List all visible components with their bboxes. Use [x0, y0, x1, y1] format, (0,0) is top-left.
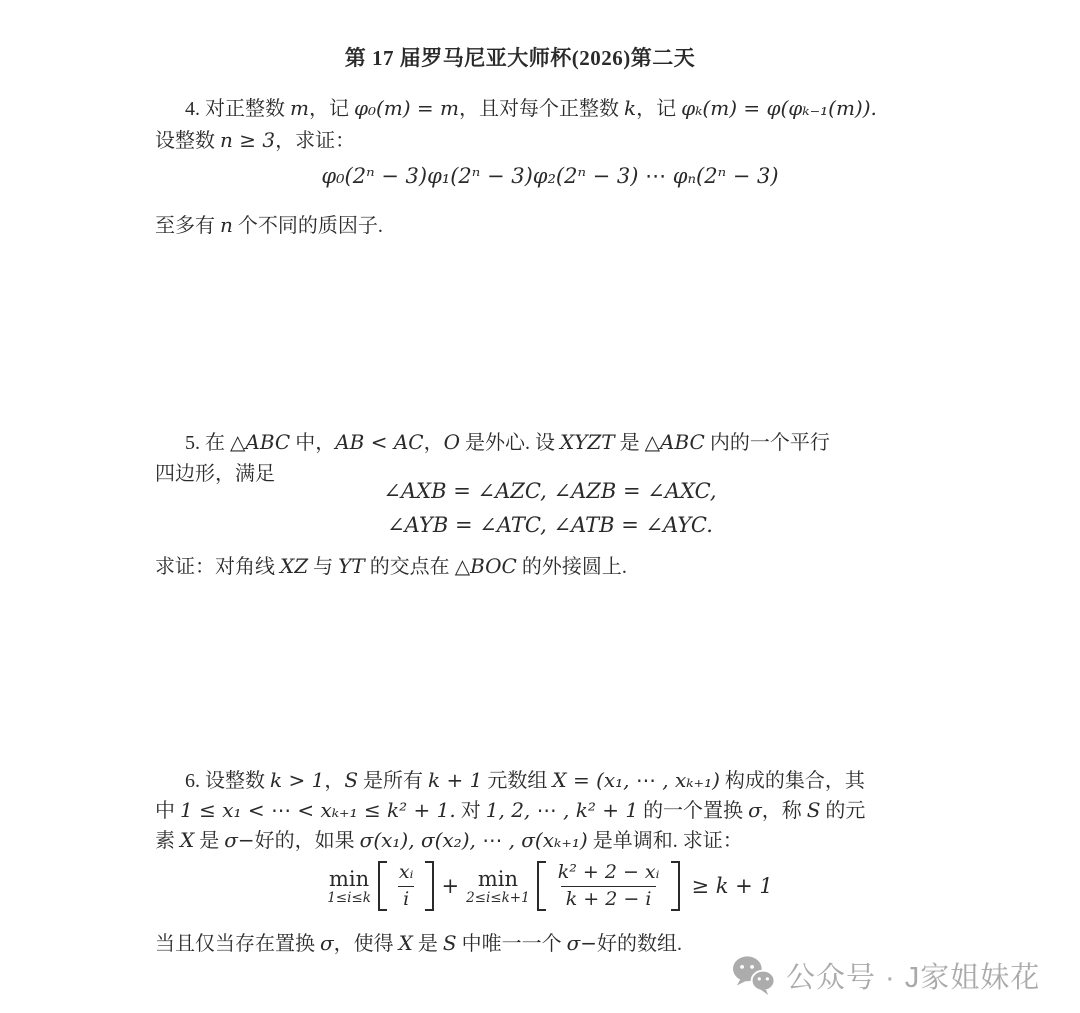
- math-run: AB < AC: [335, 430, 423, 454]
- math-run: σ(x₁), σ(x₂), ⋯ , σ(xₖ₊₁): [360, 828, 588, 852]
- problem-4: 4. 对正整数 m，记 φ₀(m) = m，且对每个正整数 k，记 φₖ(m) …: [155, 93, 945, 157]
- problem-5-closing: 求证：对角线 XZ 与 YT 的交点在 △BOC 的外接圆上.: [155, 551, 945, 583]
- text-run: 4. 对正整数: [185, 98, 290, 120]
- problem-4-closing: 至多有 n 个不同的质因子.: [155, 210, 945, 242]
- watermark: 公众号 · J家姐妹花: [731, 954, 1040, 996]
- math-run: n ≥ 3: [220, 128, 275, 152]
- text-run: 个不同的质因子.: [233, 215, 383, 237]
- math-run: XYZT: [560, 430, 615, 454]
- watermark-text: 公众号 · J家姐妹花: [786, 955, 1040, 996]
- math-run: σ: [748, 798, 762, 822]
- problem-6-formula: min 1≤i≤k xᵢ i + min 2≤i≤k+1 k² + 2 − xᵢ…: [155, 860, 945, 912]
- right-bracket: [425, 861, 434, 911]
- left-bracket: [378, 861, 387, 911]
- problem-4-line-2: 设整数 n ≥ 3，求证：: [155, 125, 945, 157]
- document-page: 第 17 届罗马尼亚大师杯(2026)第二天 4. 对正整数 m，记 φ₀(m)…: [0, 0, 1080, 1013]
- math-run: △BOC: [455, 554, 517, 578]
- fraction-denominator: i: [398, 886, 414, 913]
- text-run: ，: [424, 432, 444, 454]
- text-run: 5. 在: [185, 432, 230, 454]
- math-run: n: [220, 213, 233, 237]
- text-run: 好的数组.: [597, 933, 682, 955]
- problem-6-line-1: 6. 设整数 k > 1，S 是所有 k + 1 元数组 X = (x₁, ⋯ …: [155, 766, 945, 796]
- problem-4-formula: φ₀(2ⁿ − 3)φ₁(2ⁿ − 3)φ₂(2ⁿ − 3) ⋯ φₙ(2ⁿ −…: [155, 164, 945, 188]
- text-run: 中: [155, 800, 180, 822]
- text-run: 素: [155, 830, 180, 852]
- min-limits: 2≤i≤k+1: [466, 891, 530, 905]
- problem-6: 6. 设整数 k > 1，S 是所有 k + 1 元数组 X = (x₁, ⋯ …: [155, 766, 945, 856]
- min-label: min: [329, 868, 369, 890]
- text-run: 中唯一一个: [457, 933, 567, 955]
- math-run: k > 1: [270, 768, 324, 792]
- text-run: 是: [615, 432, 645, 454]
- text-run: 的一个置换: [638, 800, 748, 822]
- math-run: φ₀(m) = m: [354, 96, 459, 120]
- problem-4-line-3: 至多有 n 个不同的质因子.: [155, 210, 945, 242]
- text-run: 的元: [820, 800, 865, 822]
- wechat-icon: [731, 954, 777, 996]
- plus-sign: +: [441, 874, 459, 898]
- text-run: 与: [308, 556, 338, 578]
- math-run: σ: [320, 931, 334, 955]
- problem-6-line-3: 素 X 是 σ−好的，如果 σ(x₁), σ(x₂), ⋯ , σ(xₖ₊₁) …: [155, 826, 945, 856]
- problem-6-line-2: 中 1 ≤ x₁ < ⋯ < xₖ₊₁ ≤ k² + 1. 对 1, 2, ⋯ …: [155, 796, 945, 826]
- right-bracket: [671, 861, 680, 911]
- text-run: 是外心. 设: [460, 432, 560, 454]
- text-run: ，记: [636, 98, 681, 120]
- math-run: S: [807, 798, 821, 822]
- math-run: 1 ≤ x₁ < ⋯ < xₖ₊₁ ≤ k² + 1.: [180, 798, 456, 822]
- fraction-numerator: xᵢ: [394, 860, 419, 886]
- problem-5-equations: ∠AXB = ∠AZC, ∠AZB = ∠AXC, ∠AYB = ∠ATC, ∠…: [155, 474, 945, 542]
- text-run: 好的，如果: [255, 830, 360, 852]
- problem-4-line-1: 4. 对正整数 m，记 φ₀(m) = m，且对每个正整数 k，记 φₖ(m) …: [155, 93, 945, 125]
- text-run: ，使得: [334, 933, 399, 955]
- text-run: 的交点在: [365, 556, 455, 578]
- math-run: O: [444, 430, 460, 454]
- math-run: XZ: [280, 554, 308, 578]
- math-run: X: [180, 828, 194, 852]
- fraction-1: xᵢ i: [394, 860, 419, 912]
- min-limits: 1≤i≤k: [327, 891, 371, 905]
- inequality-rhs: ≥ k + 1: [691, 874, 772, 898]
- text-run: 设整数: [155, 130, 220, 152]
- text-run: 中，: [290, 432, 335, 454]
- text-run: ，: [324, 770, 344, 792]
- problem-5-line-1: 5. 在 △ABC 中，AB < AC，O 是外心. 设 XYZT 是 △ABC…: [155, 427, 945, 459]
- math-run: σ−: [224, 828, 254, 852]
- text-run: 元数组: [482, 770, 552, 792]
- math-run: X = (x₁, ⋯ , xₖ₊₁): [552, 768, 720, 792]
- text-run: 6. 设整数: [185, 770, 270, 792]
- text-run: ，求证：: [275, 130, 355, 152]
- math-run: k + 1: [428, 768, 482, 792]
- math-run: k: [624, 96, 636, 120]
- fraction-numerator: k² + 2 − xᵢ: [553, 860, 665, 886]
- math-run: m: [290, 96, 309, 120]
- min-operator-1: min 1≤i≤k: [327, 868, 371, 905]
- math-run: 1, 2, ⋯ , k² + 1: [486, 798, 638, 822]
- min-operator-2: min 2≤i≤k+1: [466, 868, 530, 905]
- text-run: 构成的集合，其: [720, 770, 865, 792]
- fraction-2: k² + 2 − xᵢ k + 2 − i: [553, 860, 665, 912]
- text-run: ，称: [762, 800, 807, 822]
- text-run: 至多有: [155, 215, 220, 237]
- text-run: 当且仅当存在置换: [155, 933, 320, 955]
- text-run: 内的一个平行: [705, 432, 830, 454]
- text-run: 是: [194, 830, 224, 852]
- math-run: S: [443, 931, 457, 955]
- problem-5-line-3: 求证：对角线 XZ 与 YT 的交点在 △BOC 的外接圆上.: [155, 551, 945, 583]
- angle-equation-line-1: ∠AXB = ∠AZC, ∠AZB = ∠AXC,: [155, 474, 945, 508]
- text-run: 对: [456, 800, 486, 822]
- math-run: S: [344, 768, 358, 792]
- text-run: 是: [413, 933, 443, 955]
- left-bracket: [537, 861, 546, 911]
- text-run: 是单调和. 求证：: [588, 830, 743, 852]
- text-run: ，且对每个正整数: [459, 98, 624, 120]
- math-run: σ−: [567, 931, 597, 955]
- text-run: 是所有: [358, 770, 428, 792]
- math-run: △ABC: [645, 430, 705, 454]
- text-run: 求证：对角线: [155, 556, 280, 578]
- min-label: min: [478, 868, 518, 890]
- math-run: X: [399, 931, 413, 955]
- math-run: YT: [338, 554, 365, 578]
- text-run: ，记: [309, 98, 354, 120]
- page-title: 第 17 届罗马尼亚大师杯(2026)第二天: [0, 42, 1040, 72]
- fraction-denominator: k + 2 − i: [561, 886, 657, 913]
- math-run: △ABC: [230, 430, 290, 454]
- math-run: φₖ(m) = φ(φₖ₋₁(m)).: [681, 96, 877, 120]
- text-run: 的外接圆上.: [517, 556, 627, 578]
- angle-equation-line-2: ∠AYB = ∠ATC, ∠ATB = ∠AYC.: [155, 508, 945, 542]
